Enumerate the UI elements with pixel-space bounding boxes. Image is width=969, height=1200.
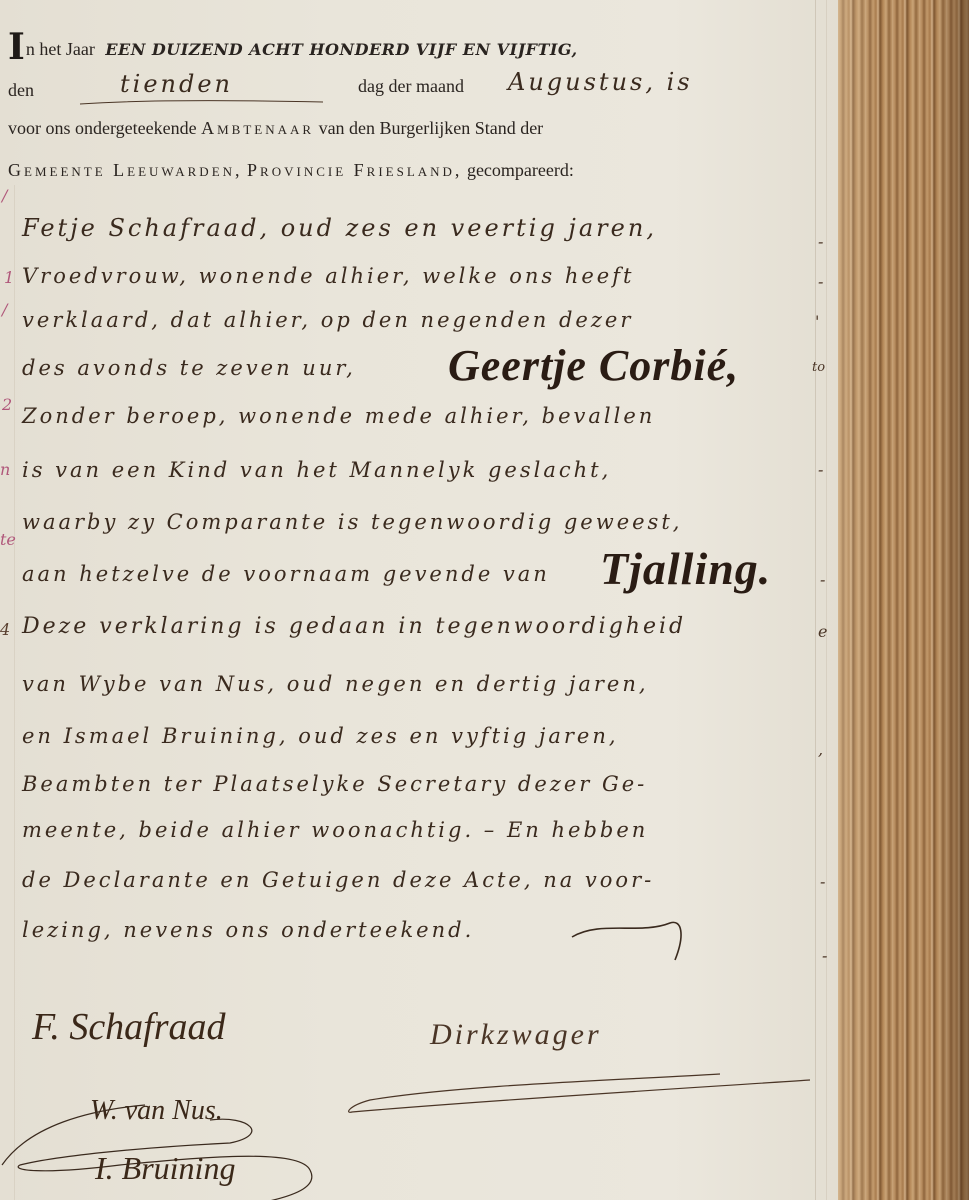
right-margin-mark: to (812, 360, 825, 375)
header-den: den (8, 80, 34, 100)
body-line-3: verklaard, dat alhier, op den negenden d… (22, 308, 633, 332)
body-line-4: des avonds te zeven uur, (22, 356, 356, 380)
body-line-5: Zonder beroep, wonende mede alhier, beva… (22, 404, 655, 428)
body-line-13: meente, beide alhier woonachtig. – En he… (22, 818, 648, 842)
left-margin-mark: / (2, 300, 7, 319)
right-margin-mark: , (818, 740, 823, 759)
left-margin-mark: 2 (2, 395, 12, 414)
document-page: In het Jaar EEN DUIZEND ACHT HONDERD VIJ… (0, 0, 840, 1200)
header-dag-der-maand: dag der maand (358, 76, 464, 97)
right-margin-mark: - (818, 272, 823, 291)
body-line-10: van Wybe van Nus, oud negen en dertig ja… (22, 672, 649, 696)
body-line-9: Deze verklaring is gedaan in tegenwoordi… (22, 614, 686, 639)
body-line-1: Fetje Schafraad, oud zes en veertig jare… (22, 214, 657, 242)
month-handwritten: Augustus, is (508, 68, 693, 96)
header-burgerlijke-stand: van den Burgerlijken Stand der (319, 118, 544, 138)
official-signature-flourish (340, 1070, 810, 1120)
body-line-6: is van een Kind van het Mannelyk geslach… (22, 458, 611, 482)
signature-declarant: F. Schafraad (32, 1005, 226, 1049)
left-margin-mark: 4 (0, 620, 10, 639)
header-year-text: EEN DUIZEND ACHT HONDERD VIJF EN VIJFTIG… (105, 40, 577, 59)
body-line-11: en Ismael Bruining, oud zes en vyftig ja… (22, 724, 619, 748)
right-margin-mark: ' (815, 312, 819, 331)
header-line-1: In het Jaar EEN DUIZEND ACHT HONDERD VIJ… (8, 32, 578, 62)
left-margin-rule (14, 185, 15, 1200)
header-year-prefix: n het Jaar (26, 39, 95, 59)
right-margin-mark: e (818, 622, 827, 641)
body-line-2: Vroedvrouw, wonende alhier, welke ons he… (22, 264, 634, 288)
closing-flourish (570, 915, 690, 975)
child-given-name: Tjalling. (600, 542, 771, 595)
right-margin-mark: - (818, 232, 823, 251)
book-page-edges (838, 0, 969, 1200)
body-line-8: aan hetzelve de voornaam gevende van (22, 562, 550, 586)
left-margin-mark: te (0, 530, 16, 549)
header-line-2: den (8, 80, 34, 101)
right-margin-mark: - (820, 570, 825, 589)
right-margin-mark: - (822, 946, 827, 965)
left-margin-mark: 1 (4, 268, 14, 287)
header-gemeente: Gemeente Leeuwarden, (8, 160, 243, 180)
header-provincie: Provincie Friesland, (247, 160, 462, 180)
drop-cap: I (8, 32, 25, 62)
body-line-15: lezing, nevens ons onderteekend. (22, 918, 474, 942)
body-line-12: Beambten ter Plaatselyke Secretary dezer… (22, 772, 647, 796)
header-voor-ons: voor ons ondergeteekende (8, 118, 197, 138)
header-line-4: Gemeente Leeuwarden, Provincie Friesland… (8, 160, 574, 181)
left-margin-mark: / (2, 186, 7, 205)
right-margin-rule (815, 0, 816, 1200)
header-gecompareerd: gecompareerd: (467, 160, 574, 180)
day-underline-flourish (78, 98, 328, 108)
mother-name: Geertje Corbié, (448, 340, 739, 391)
body-line-7: waarby zy Comparante is tegenwoordig gew… (22, 510, 682, 534)
day-handwritten: tienden (120, 70, 233, 98)
signature-witness-2: I. Bruining (95, 1150, 235, 1187)
body-line-14: de Declarante en Getuigen deze Acte, na … (22, 868, 654, 892)
header-ambtenaar: Ambtenaar (201, 118, 314, 138)
left-margin-mark: n (0, 460, 10, 479)
right-margin-mark: - (820, 872, 825, 891)
header-line-3: voor ons ondergeteekende Ambtenaar van d… (8, 118, 543, 139)
signature-official: Dirkzwager (430, 1018, 602, 1052)
page-edge-line (826, 0, 827, 1200)
right-margin-mark: - (818, 460, 823, 479)
